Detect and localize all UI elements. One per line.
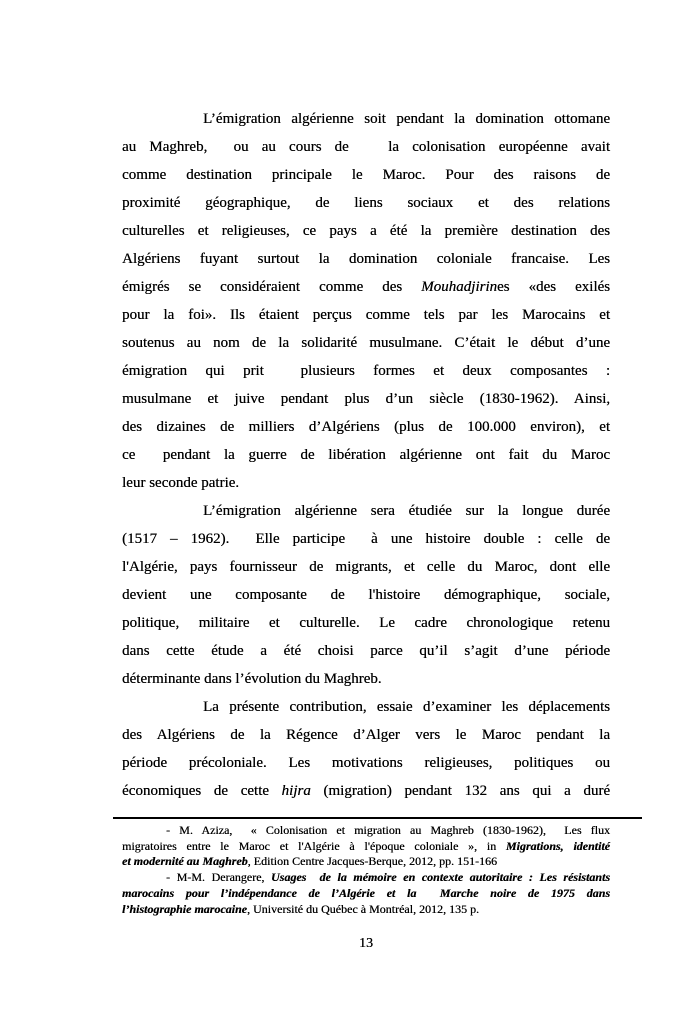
text-line: période précoloniale. Les motivations re… (122, 749, 610, 777)
text-line: politique, militaire et culturelle. Le c… (122, 609, 610, 637)
text-line: La présente contribution, essaie d’exami… (122, 693, 610, 721)
footnote-entry: - M. Aziza, « Colonisation et migration … (122, 823, 610, 870)
text-line: Algériens fuyant surtout la domination c… (122, 245, 610, 273)
text-line: émigrés se considéraient comme des Mouha… (122, 273, 610, 301)
page-number: 13 (122, 936, 610, 952)
footnote-line: migratoires entre le Maroc et l'Algérie … (122, 839, 610, 855)
document-page: L’émigration algérienne soit pendant la … (0, 0, 700, 1028)
text-line: L’émigration algérienne soit pendant la … (122, 105, 610, 133)
text-line: proximité géographique, de liens sociaux… (122, 189, 610, 217)
text-line: (1517 – 1962). Elle participe à une hist… (122, 525, 610, 553)
text-line: déterminante dans l’évolution du Maghreb… (122, 665, 610, 693)
text-line: émigration qui prit plusieurs formes et … (122, 357, 610, 385)
text-line: leur seconde patrie. (122, 469, 610, 497)
text-line: L’émigration algérienne sera étudiée sur… (122, 497, 610, 525)
footnote-separator (113, 817, 642, 819)
text-line: pour la foi». Ils étaient perçus comme t… (122, 301, 610, 329)
text-line: culturelles et religieuses, ce pays a ét… (122, 217, 610, 245)
footnote-line: - M. Aziza, « Colonisation et migration … (122, 823, 610, 839)
text-line: soutenus au nom de la solidarité musulma… (122, 329, 610, 357)
text-line: des dizaines de milliers d’Algériens (pl… (122, 413, 610, 441)
text-line: des Algériens de la Régence d’Alger vers… (122, 721, 610, 749)
footnote-entry: - M-M. Derangere, Usages de la mémoire e… (122, 870, 610, 917)
paragraph: L’émigration algérienne sera étudiée sur… (122, 497, 610, 693)
text-line: dans cette étude a été choisi parce qu’i… (122, 637, 610, 665)
paragraph: La présente contribution, essaie d’exami… (122, 693, 610, 805)
text-line: au Maghreb, ou au cours de la colonisati… (122, 133, 610, 161)
paragraph: L’émigration algérienne soit pendant la … (122, 105, 610, 497)
text-line: devient une composante de l'histoire dém… (122, 581, 610, 609)
footnotes: - M. Aziza, « Colonisation et migration … (122, 823, 610, 917)
text-line: ce pendant la guerre de libération algér… (122, 441, 610, 469)
footnote-line: et modernité au Maghreb, Edition Centre … (122, 854, 610, 870)
text-line: musulmane et juive pendant plus d’un siè… (122, 385, 610, 413)
text-line: comme destination principale le Maroc. P… (122, 161, 610, 189)
footnote-line: - M-M. Derangere, Usages de la mémoire e… (122, 870, 610, 886)
footnote-line: l’histographie marocaine, Université du … (122, 902, 610, 918)
text-line: l'Algérie, pays fournisseur de migrants,… (122, 553, 610, 581)
footnote-line: marocains pour l’indépendance de l’Algér… (122, 886, 610, 902)
text-line: économiques de cette hijra (migration) p… (122, 777, 610, 805)
body-text: L’émigration algérienne soit pendant la … (122, 105, 610, 805)
